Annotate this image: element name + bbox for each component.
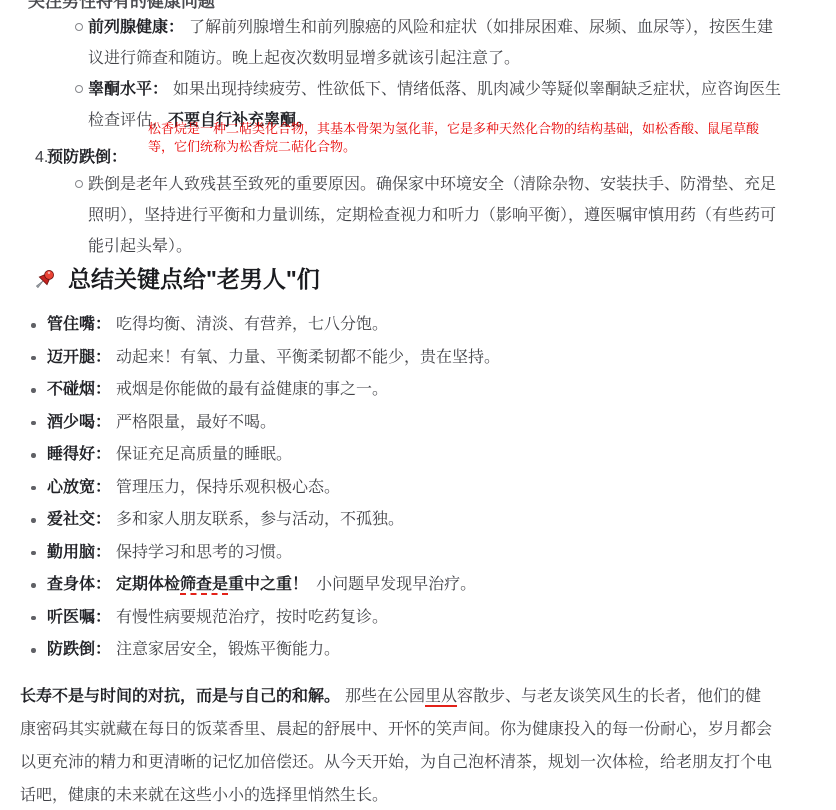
- closing-bold-lead: 长寿不是与时间的对抗，而是与自己的和解。: [20, 688, 340, 705]
- list-item-tingyizhu: 听医嘱：有慢性病要规范治疗，按时吃药复诊。: [47, 602, 816, 635]
- item-label: 防跌倒：: [47, 641, 111, 658]
- chemistry-annotation: 松香烷是一种二萜类化合物，其基本骨架为氢化菲，它是多种天然化合物的结构基础，如松…: [148, 120, 764, 155]
- item-text: 有慢性病要规范治疗，按时吃药复诊。: [111, 609, 388, 626]
- item-number: 4.: [35, 142, 48, 173]
- prostate-label: 前列腺健康：: [88, 19, 184, 36]
- pushpin-icon: [32, 267, 57, 292]
- dot-bullet-icon: [31, 551, 36, 556]
- dot-bullet-icon: [31, 323, 36, 328]
- fall-prevention-item: 跌倒是老年人致残甚至致死的重要原因。确保家中环境安全（清除杂物、安装扶手、防滑垫…: [88, 169, 784, 262]
- item-text: 管理压力，保持乐观积极心态。: [111, 479, 340, 496]
- item-text: 小问题早发现早治疗。: [308, 576, 476, 593]
- spellcheck-solid-underline: 里从: [425, 688, 457, 707]
- prostate-text: 了解前列腺增生和前列腺癌的风险和症状（如排尿困难、尿频、血尿等），按医生建议进行…: [88, 19, 773, 67]
- list-item-jiushaohe: 酒少喝：严格限量，最好不喝。: [47, 407, 816, 440]
- item-text: 严格限量，最好不喝。: [111, 414, 276, 431]
- section-heading-text: 总结关键点给"老男人"们: [68, 262, 320, 296]
- section-heading: 总结关键点给"老男人"们: [20, 262, 816, 296]
- list-item-aishejiao: 爱社交：多和家人朋友联系，参与活动，不孤独。: [47, 504, 816, 537]
- list-item-maikaitui: 迈开腿：动起来！有氧、力量、平衡柔韧都不能少，贵在坚持。: [47, 342, 816, 375]
- item-label: 听医嘱：: [47, 609, 111, 626]
- item-text: 戒烟是你能做的最有益健康的事之一。: [111, 381, 388, 398]
- circle-bullet-icon: [75, 85, 83, 93]
- dot-bullet-icon: [31, 486, 36, 491]
- dot-bullet-icon: [31, 356, 36, 361]
- item-label: 不碰烟：: [47, 381, 111, 398]
- prostate-item: 前列腺健康：了解前列腺增生和前列腺癌的风险和症状（如排尿困难、尿频、血尿等），按…: [88, 12, 784, 74]
- dot-bullet-icon: [31, 453, 36, 458]
- item-text: 动起来！有氧、力量、平衡柔韧都不能少，贵在坚持。: [111, 349, 500, 366]
- item-label: 迈开腿：: [47, 349, 111, 366]
- fall-prevention-label: 预防跌倒：: [47, 149, 127, 166]
- closing-text-pre: 那些在公园: [340, 688, 425, 705]
- item-label: 睡得好：: [47, 446, 111, 463]
- item-text: 保持学习和思考的习惯。: [111, 544, 292, 561]
- item-text: 吃得均衡、清淡、有营养，七八分饱。: [111, 316, 388, 333]
- health-sub-list: 前列腺健康：了解前列腺增生和前列腺癌的风险和症状（如排尿困难、尿频、血尿等），按…: [20, 12, 784, 136]
- testosterone-label: 睾酮水平：: [88, 81, 168, 98]
- list-item-fangdiedao: 防跌倒：注意家居安全，锻炼平衡能力。: [47, 634, 816, 667]
- dot-bullet-icon: [31, 648, 36, 653]
- spellcheck-dashed-underline: 筛查是: [180, 576, 228, 595]
- document-page: 关注男性特有的健康问题 前列腺健康：了解前列腺增生和前列腺癌的风险和症状（如排尿…: [0, 0, 836, 810]
- fall-sub-list: 跌倒是老年人致残甚至致死的重要原因。确保家中环境安全（清除杂物、安装扶手、防滑垫…: [20, 169, 784, 262]
- dot-bullet-icon: [31, 583, 36, 588]
- list-item-qinyongnao: 勤用脑：保持学习和思考的习惯。: [47, 537, 816, 570]
- clipped-heading-row: 关注男性特有的健康问题: [20, 0, 816, 10]
- dot-bullet-icon: [31, 421, 36, 426]
- circle-bullet-icon: [75, 23, 83, 31]
- item-text: 多和家人朋友联系，参与活动，不孤独。: [111, 511, 404, 528]
- dot-bullet-icon: [31, 616, 36, 621]
- summary-list: 管住嘴：吃得均衡、清淡、有营养，七八分饱。 迈开腿：动起来！有氧、力量、平衡柔韧…: [20, 309, 816, 667]
- clipped-heading: 关注男性特有的健康问题: [28, 0, 816, 10]
- list-item-chashenti: 查身体：定期体检筛查是重中之重！小问题早发现早治疗。: [47, 569, 816, 602]
- item-bold-text: 定期体检: [111, 576, 180, 593]
- item-label: 酒少喝：: [47, 414, 111, 431]
- list-item-bupengyan: 不碰烟：戒烟是你能做的最有益健康的事之一。: [47, 374, 816, 407]
- dot-bullet-icon: [31, 388, 36, 393]
- circle-bullet-icon: [75, 180, 83, 188]
- item-text: 注意家居安全，锻炼平衡能力。: [111, 641, 340, 658]
- dot-bullet-icon: [31, 518, 36, 523]
- item-label: 查身体：: [47, 576, 111, 593]
- item-label: 管住嘴：: [47, 316, 111, 333]
- item-label: 心放宽：: [47, 479, 111, 496]
- item-text: 保证充足高质量的睡眠。: [111, 446, 292, 463]
- item-label: 勤用脑：: [47, 544, 111, 561]
- item-bold-text: 重中之重！: [228, 576, 308, 593]
- list-item-xinfangkuan: 心放宽：管理压力，保持乐观积极心态。: [47, 472, 816, 505]
- list-item-shuidehao: 睡得好：保证充足高质量的睡眠。: [47, 439, 816, 472]
- closing-paragraph: 长寿不是与时间的对抗，而是与自己的和解。那些在公园里从容散步、与老友谈笑风生的长…: [20, 680, 774, 810]
- list-item-guanzhuzui: 管住嘴：吃得均衡、清淡、有营养，七八分饱。: [47, 309, 816, 342]
- fall-prevention-text: 跌倒是老年人致残甚至致死的重要原因。确保家中环境安全（清除杂物、安装扶手、防滑垫…: [88, 176, 776, 255]
- item-label: 爱社交：: [47, 511, 111, 528]
